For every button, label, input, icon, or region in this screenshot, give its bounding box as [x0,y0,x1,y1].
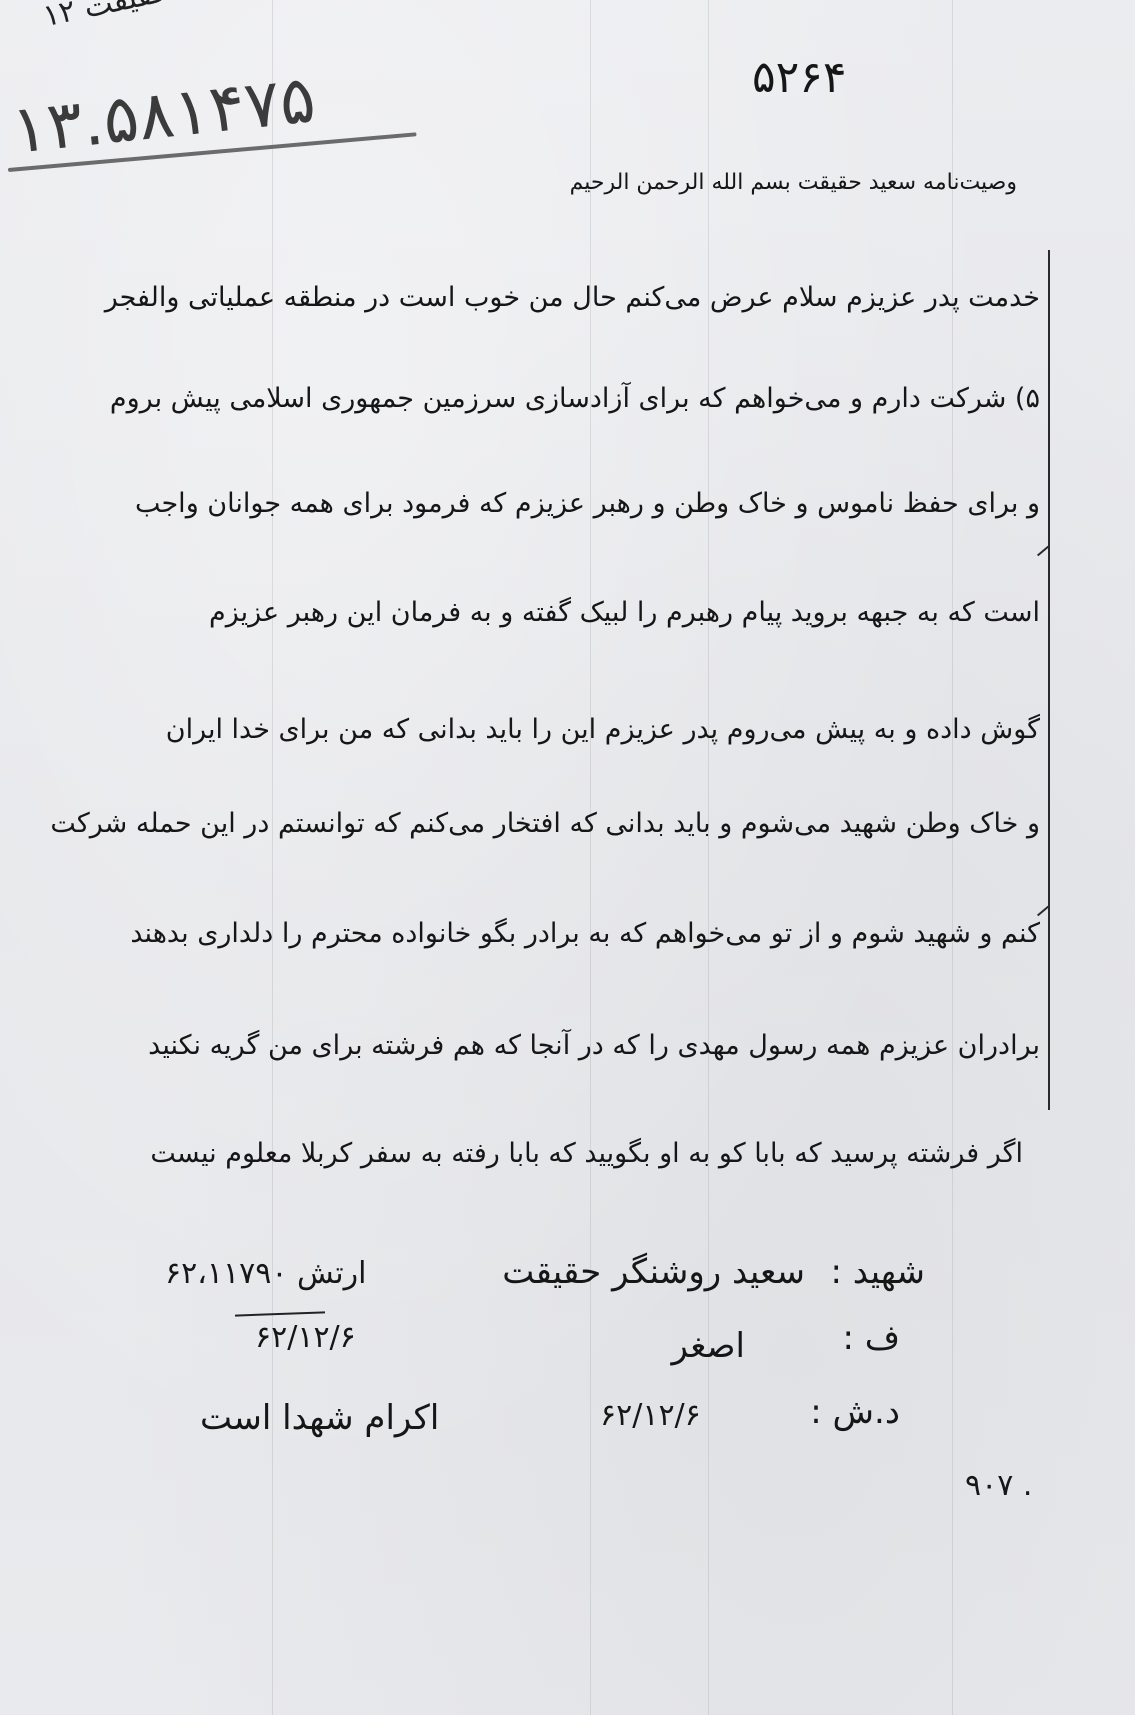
id-date-denominator: ۶۲/۱۲/۶ [255,1320,356,1355]
letter-line-9: اگر فرشته پرسید که بابا کو به او بگویید … [150,1138,1023,1169]
letter-line-7: کنم و شهید شوم و از تو می‌خواهم که به بر… [130,918,1040,949]
id-fraction-bar [235,1311,325,1316]
closing-signature: اکرام شهدا است [200,1398,439,1438]
letter-line-6: و خاک وطن شهید می‌شوم و باید بدانی که اف… [50,808,1040,839]
scanned-letter-page: ۱) سعید حقیقت ۱۲ ۱۳.۵۸۱۴۷۵ ۵۲۶۴ وصیت‌نام… [0,0,1135,1715]
rule-line [590,0,591,1715]
rule-line [952,0,953,1715]
father-name: اصغر [672,1326,745,1366]
letter-line-2: ۵) شرکت دارم و می‌خواهم که برای آزادسازی… [110,383,1040,414]
rule-line [272,0,273,1715]
date-label: د.ش : [810,1392,900,1432]
martyr-label: شهید : [830,1252,925,1292]
letter-line-3: و برای حفظ ناموس و خاک وطن و رهبر عزیزم … [135,488,1040,519]
martyrdom-date: ۶۲/۱۲/۶ [600,1398,701,1433]
margin-bracket [1048,250,1050,1110]
letter-heading: وصیت‌نامه سعید حقیقت بسم الله الرحمن الر… [570,170,1017,195]
letter-line-1: خدمت پدر عزیزم سلام عرض می‌کنم حال من خو… [105,282,1040,313]
top-margin-note: ۱) سعید حقیقت ۱۲ [40,0,283,34]
letter-line-4: است که به جبهه بروید پیام رهبرم را لبیک … [209,597,1040,628]
document-number: ۵۲۶۴ [752,52,847,103]
martyr-name: سعید روشنگر حقیقت [502,1252,805,1292]
letter-line-5: گوش داده و به پیش می‌روم پدر عزیزم این ر… [166,714,1040,745]
footer-page-number: ۹۰۷ . [965,1468,1032,1503]
military-id-number: ارتش ۶۲،۱۱۷۹۰ [165,1256,366,1291]
father-label: ف : [842,1318,900,1358]
rule-line [708,0,709,1715]
letter-line-8: برادران عزیزم همه رسول مهدی را که در آنج… [148,1030,1040,1061]
